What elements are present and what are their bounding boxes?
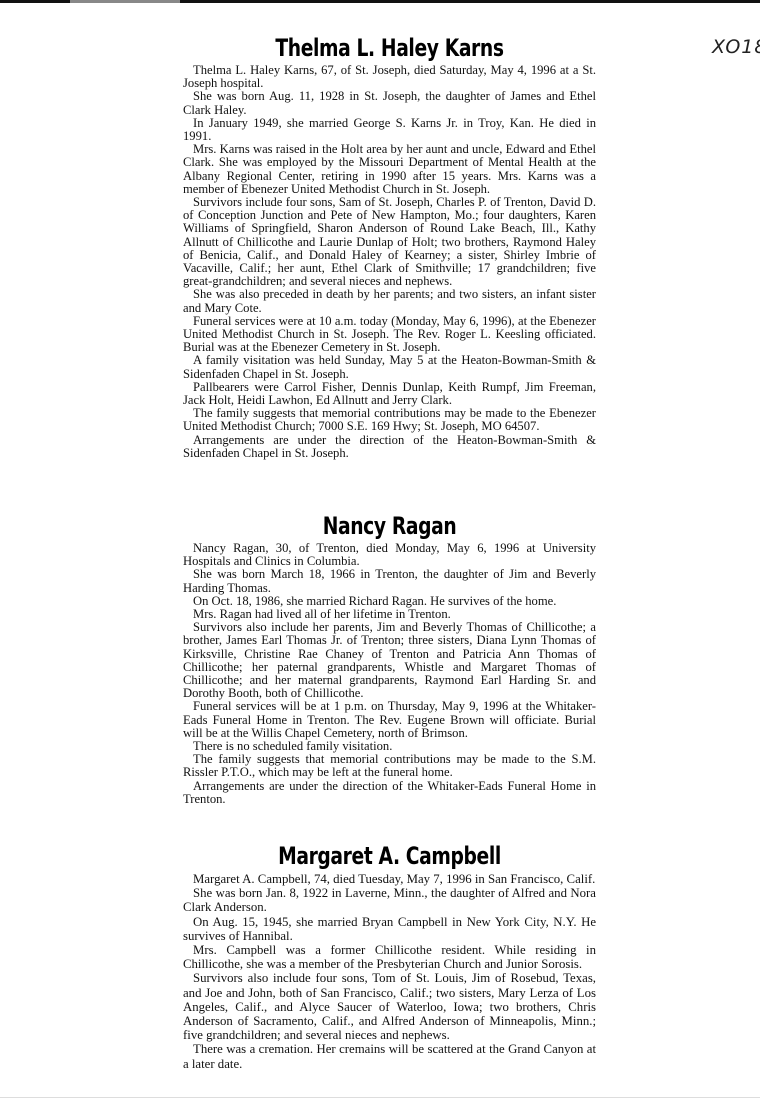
obituary-paragraph: Mrs. Campbell was a former Chillicothe r… bbox=[183, 943, 596, 971]
obituary-paragraph: A family visitation was held Sunday, May… bbox=[183, 354, 596, 380]
handwritten-annotation: XO18 bbox=[712, 36, 760, 58]
obituary-karns: Thelma L. Haley Karns Thelma L. Haley Ka… bbox=[183, 34, 596, 460]
obituary-paragraph: Thelma L. Haley Karns, 67, of St. Joseph… bbox=[183, 64, 596, 90]
obituary-paragraph: Survivors include four sons, Sam of St. … bbox=[183, 196, 596, 288]
obituary-paragraph: Nancy Ragan, 30, of Trenton, died Monday… bbox=[183, 542, 596, 568]
obituary-paragraph: Margaret A. Campbell, 74, died Tuesday, … bbox=[183, 872, 596, 886]
obituary-headline: Margaret A. Campbell bbox=[228, 842, 550, 870]
bottom-edge bbox=[0, 1097, 760, 1098]
obituary-paragraph: She was born March 18, 1966 in Trenton, … bbox=[183, 568, 596, 594]
obituary-paragraph: Funeral services were at 10 a.m. today (… bbox=[183, 315, 596, 355]
obituary-campbell: Margaret A. Campbell Margaret A. Campbel… bbox=[183, 842, 596, 1071]
obituary-headline: Nancy Ragan bbox=[228, 512, 550, 540]
obituary-paragraph: The family suggests that memorial contri… bbox=[183, 753, 596, 779]
obituary-paragraph: Arrangements are under the direction of … bbox=[183, 780, 596, 806]
obituary-paragraph: She was born Aug. 11, 1928 in St. Joseph… bbox=[183, 90, 596, 116]
obituary-paragraph: Pallbearers were Carrol Fisher, Dennis D… bbox=[183, 381, 596, 407]
obituary-paragraph: There was a cremation. Her cremains will… bbox=[183, 1042, 596, 1070]
obituary-headline: Thelma L. Haley Karns bbox=[228, 34, 550, 62]
obituary-ragan: Nancy Ragan Nancy Ragan, 30, of Trenton,… bbox=[183, 512, 596, 806]
obituary-paragraph: Arrangements are under the direction of … bbox=[183, 434, 596, 460]
obituary-paragraph: In January 1949, she married George S. K… bbox=[183, 117, 596, 143]
obituary-paragraph: Survivors also include her parents, Jim … bbox=[183, 621, 596, 700]
obituary-paragraph: She was born Jan. 8, 1922 in Laverne, Mi… bbox=[183, 886, 596, 914]
obituary-paragraph: On Aug. 15, 1945, she married Bryan Camp… bbox=[183, 915, 596, 943]
top-border-rule bbox=[0, 0, 760, 3]
obituary-paragraph: She was also preceded in death by her pa… bbox=[183, 288, 596, 314]
obituary-paragraph: The family suggests that memorial contri… bbox=[183, 407, 596, 433]
obituary-paragraph: Mrs. Karns was raised in the Holt area b… bbox=[183, 143, 596, 196]
obituary-paragraph: Funeral services will be at 1 p.m. on Th… bbox=[183, 700, 596, 740]
obituary-paragraph: Survivors also include four sons, Tom of… bbox=[183, 971, 596, 1042]
